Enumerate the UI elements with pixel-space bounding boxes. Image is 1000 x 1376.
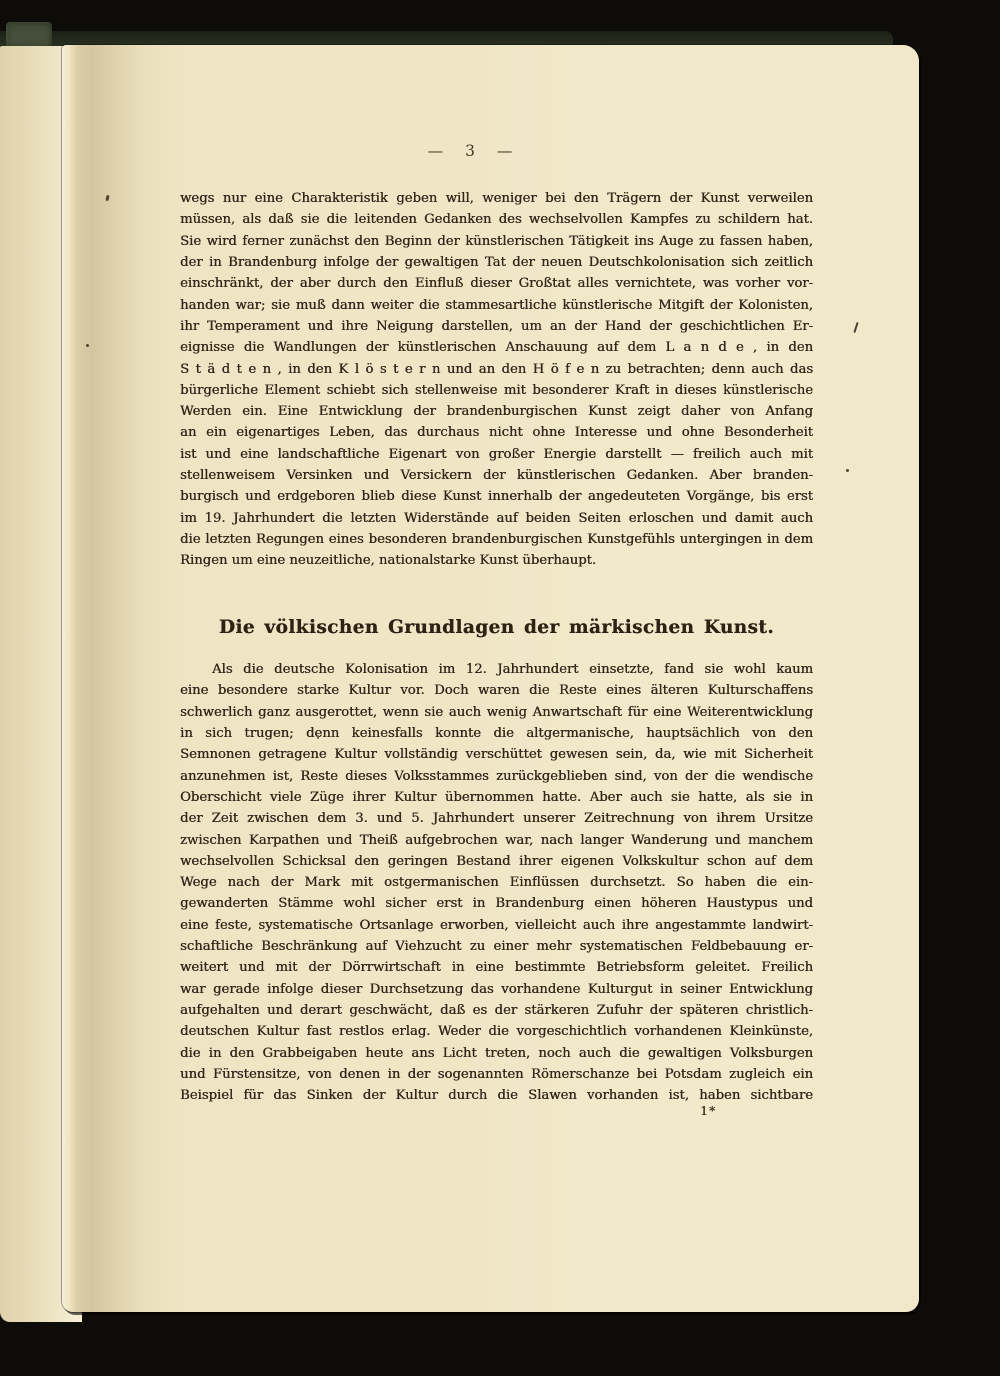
text-line: S t ä d t e n , in den K l ö s t e r n u… <box>180 359 813 380</box>
text-line: schwerlich ganz ausgerottet, wenn sie au… <box>180 702 813 723</box>
scan-speck <box>853 322 858 333</box>
scan-speck <box>846 469 849 472</box>
text-line: die in den Grabbeigaben heute ans Licht … <box>180 1043 813 1064</box>
text-line: wegs nur eine Charakteristik geben will,… <box>180 188 813 209</box>
text-line: einschränkt, der aber durch den Einfluß … <box>180 273 813 294</box>
text-line: eignisse die Wandlungen der künstlerisch… <box>180 337 813 358</box>
text-line: anzunehmen ist, Reste dieses Volksstamme… <box>180 766 813 787</box>
scan-speck <box>105 195 109 201</box>
text-line: die letzten Regungen eines besonderen br… <box>180 529 813 550</box>
text-line: an ein eigenartiges Leben, das durchaus … <box>180 422 813 443</box>
text-line: Werden ein. Eine Entwicklung der branden… <box>180 401 813 422</box>
book-page: — 3 — wegs nur eine Charakteristik geben… <box>62 45 919 1312</box>
text-line: war gerade infolge dieser Durchsetzung d… <box>180 979 813 1000</box>
text-line: handen war; sie muß dann weiter die stam… <box>180 295 813 316</box>
text-line: ihr Temperament und ihre Neigung darstel… <box>180 316 813 337</box>
scan-speck <box>86 344 89 347</box>
text-line: der Zeit zwischen dem 3. und 5. Jahrhund… <box>180 808 813 829</box>
text-line: und Fürstensitze, von denen in der sogen… <box>180 1064 813 1085</box>
text-line: burgisch und erdgeboren blieb diese Kuns… <box>180 486 813 507</box>
text-line: Oberschicht viele Züge ihrer Kultur über… <box>180 787 813 808</box>
book-scan: — 3 — wegs nur eine Charakteristik geben… <box>0 0 1000 1376</box>
text-line: Ringen um eine neuzeitliche, nationalsta… <box>180 550 813 571</box>
paragraph-body: Als die deutsche Kolonisation im 12. Jah… <box>180 659 813 1107</box>
scan-speck <box>317 735 319 739</box>
text-line: Beispiel für das Sinken der Kultur durch… <box>180 1085 813 1106</box>
text-line: ist und eine landschaftliche Eigenart vo… <box>180 444 813 465</box>
text-line: weitert und mit der Dörrwirtschaft in ei… <box>180 957 813 978</box>
section-heading: Die völkischen Grundlagen der märkischen… <box>180 617 813 638</box>
paragraph-continuation: wegs nur eine Charakteristik geben will,… <box>180 188 813 572</box>
text-line: deutschen Kultur fast restlos erlag. Wed… <box>180 1021 813 1042</box>
text-line: müssen, als daß sie die leitenden Gedank… <box>180 209 813 230</box>
text-line: eine besondere starke Kultur vor. Doch w… <box>180 680 813 701</box>
signature-mark: 1* <box>700 1103 716 1118</box>
text-line: stellenweisem Versinken und Versickern d… <box>180 465 813 486</box>
text-line: Wege nach der Mark mit ostgermanischen E… <box>180 872 813 893</box>
text-line: in sich trugen; denn keinesfalls konnte … <box>180 723 813 744</box>
text-line: im 19. Jahrhundert die letzten Widerstän… <box>180 508 813 529</box>
book-cloth-texture <box>6 22 52 48</box>
text-line: gewanderten Stämme wohl sicher erst in B… <box>180 893 813 914</box>
page-number: — 3 — <box>155 142 786 160</box>
text-line: wechselvollen Schicksal den geringen Bes… <box>180 851 813 872</box>
text-line: zwischen Karpathen und Theiß aufgebroche… <box>180 830 813 851</box>
text-line: Als die deutsche Kolonisation im 12. Jah… <box>180 659 813 680</box>
text-line: Sie wird ferner zunächst den Beginn der … <box>180 231 813 252</box>
text-line: eine feste, systematische Ortsanlage erw… <box>180 915 813 936</box>
text-line: Semnonen getragene Kultur vollständig ve… <box>180 744 813 765</box>
text-line: aufgehalten und derart geschwächt, daß e… <box>180 1000 813 1021</box>
text-line: der in Brandenburg infolge der gewaltige… <box>180 252 813 273</box>
text-line: bürgerliche Element schiebt sich stellen… <box>180 380 813 401</box>
text-line: schaftliche Beschränkung auf Viehzucht z… <box>180 936 813 957</box>
